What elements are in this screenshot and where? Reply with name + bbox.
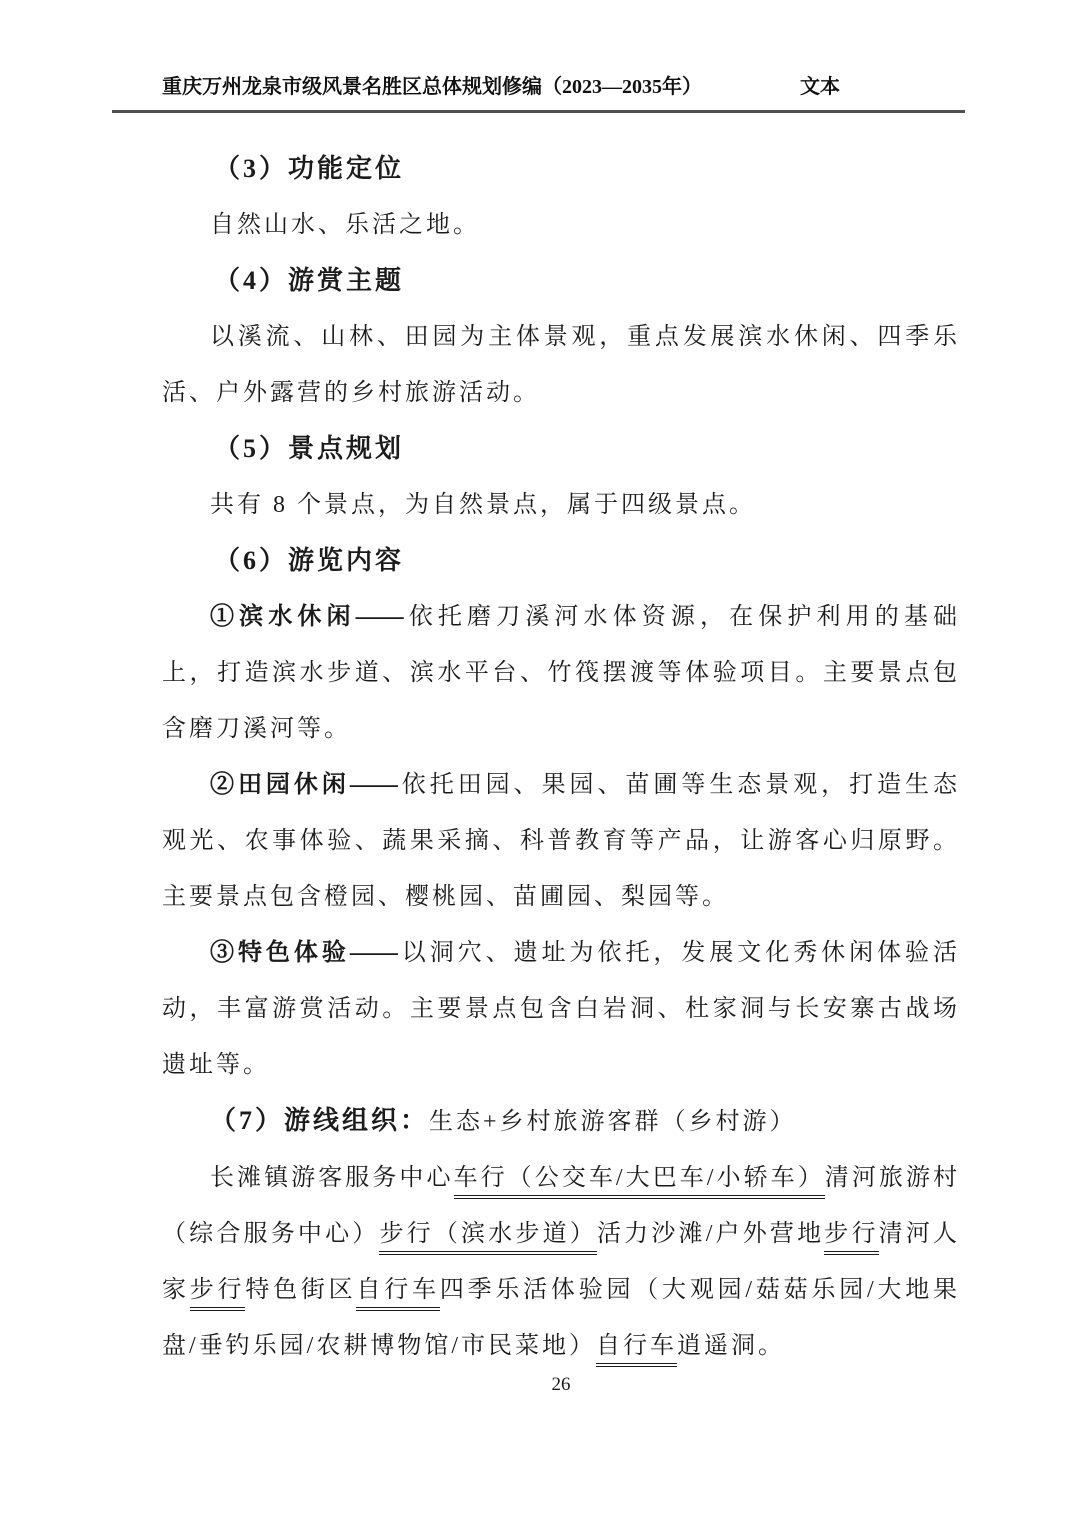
item-lead-waterfront: ①滨水休闲 (210, 604, 356, 630)
route-segment: 自行车 (596, 1333, 677, 1367)
header-rule (112, 110, 965, 113)
heading-tour-theme: （4）游赏主题 (162, 253, 960, 309)
document-body: （3）功能定位 自然山水、乐活之地。 （4）游赏主题 以溪流、山林、田园为主体景… (162, 141, 960, 1374)
header-title: 重庆万州龙泉市级风景名胜区总体规划修编（2023—2035年） (162, 72, 702, 102)
heading-function-positioning: （3）功能定位 (162, 141, 960, 197)
page-header: 重庆万州龙泉市级风景名胜区总体规划修编（2023—2035年） 文本 (162, 72, 960, 102)
heading-tour-content: （6）游览内容 (162, 533, 960, 589)
heading-route-text: 生态+乡村旅游客群（乡村游） (429, 1109, 797, 1135)
em-dash: —— (350, 940, 398, 966)
para-waterfront-leisure: ①滨水休闲——依托磨刀溪河水体资源，在保护利用的基础上，打造滨水步道、滨水平台、… (162, 589, 960, 757)
em-dash: —— (356, 604, 404, 630)
route-segment: 逍遥洞。 (677, 1333, 785, 1359)
em-dash: —— (350, 772, 398, 798)
para-special-experience: ③特色体验——以洞穴、遗址为依托，发展文化秀休闲体验活动，丰富游赏活动。主要景点… (162, 925, 960, 1093)
route-segment: 特色街区 (245, 1277, 356, 1303)
page-footer: 26 (162, 1375, 960, 1395)
document-page: 重庆万州龙泉市级风景名胜区总体规划修编（2023—2035年） 文本 （3）功能… (0, 0, 1074, 1520)
route-segment: 长滩镇游客服务中心 (210, 1165, 454, 1191)
para-route-description: 长滩镇游客服务中心车行（公交车/大巴车/小轿车）清河旅游村（综合服务中心）步行（… (162, 1150, 960, 1374)
heading-scenic-spot-planning: （5）景点规划 (162, 421, 960, 477)
para-scenic-spot-planning: 共有 8 个景点，为自然景点，属于四级景点。 (162, 477, 960, 533)
route-segment: 活力沙滩/户外营地 (597, 1221, 824, 1247)
para-function-positioning: 自然山水、乐活之地。 (162, 197, 960, 253)
route-segment: 步行 (824, 1221, 878, 1255)
route-segment: 自行车 (356, 1277, 439, 1311)
para-tour-theme: 以溪流、山林、田园为主体景观，重点发展滨水休闲、四季乐活、户外露营的乡村旅游活动… (162, 309, 960, 421)
heading-route-lead: （7）游线组织： (210, 1106, 429, 1135)
route-segment: 步行 (190, 1277, 246, 1311)
page-number: 26 (552, 1374, 571, 1395)
route-segment: 步行（滨水步道） (379, 1221, 596, 1255)
route-segment: 车行（公交车/大巴车/小轿车） (454, 1165, 825, 1199)
item-lead-pastoral: ②田园休闲 (210, 772, 350, 798)
heading-route-organization: （7）游线组织：生态+乡村旅游客群（乡村游） (162, 1093, 960, 1150)
item-lead-special: ③特色体验 (210, 940, 350, 966)
header-doc-label: 文本 (800, 72, 840, 102)
para-pastoral-leisure: ②田园休闲——依托田园、果园、苗圃等生态景观，打造生态观光、农事体验、蔬果采摘、… (162, 757, 960, 925)
